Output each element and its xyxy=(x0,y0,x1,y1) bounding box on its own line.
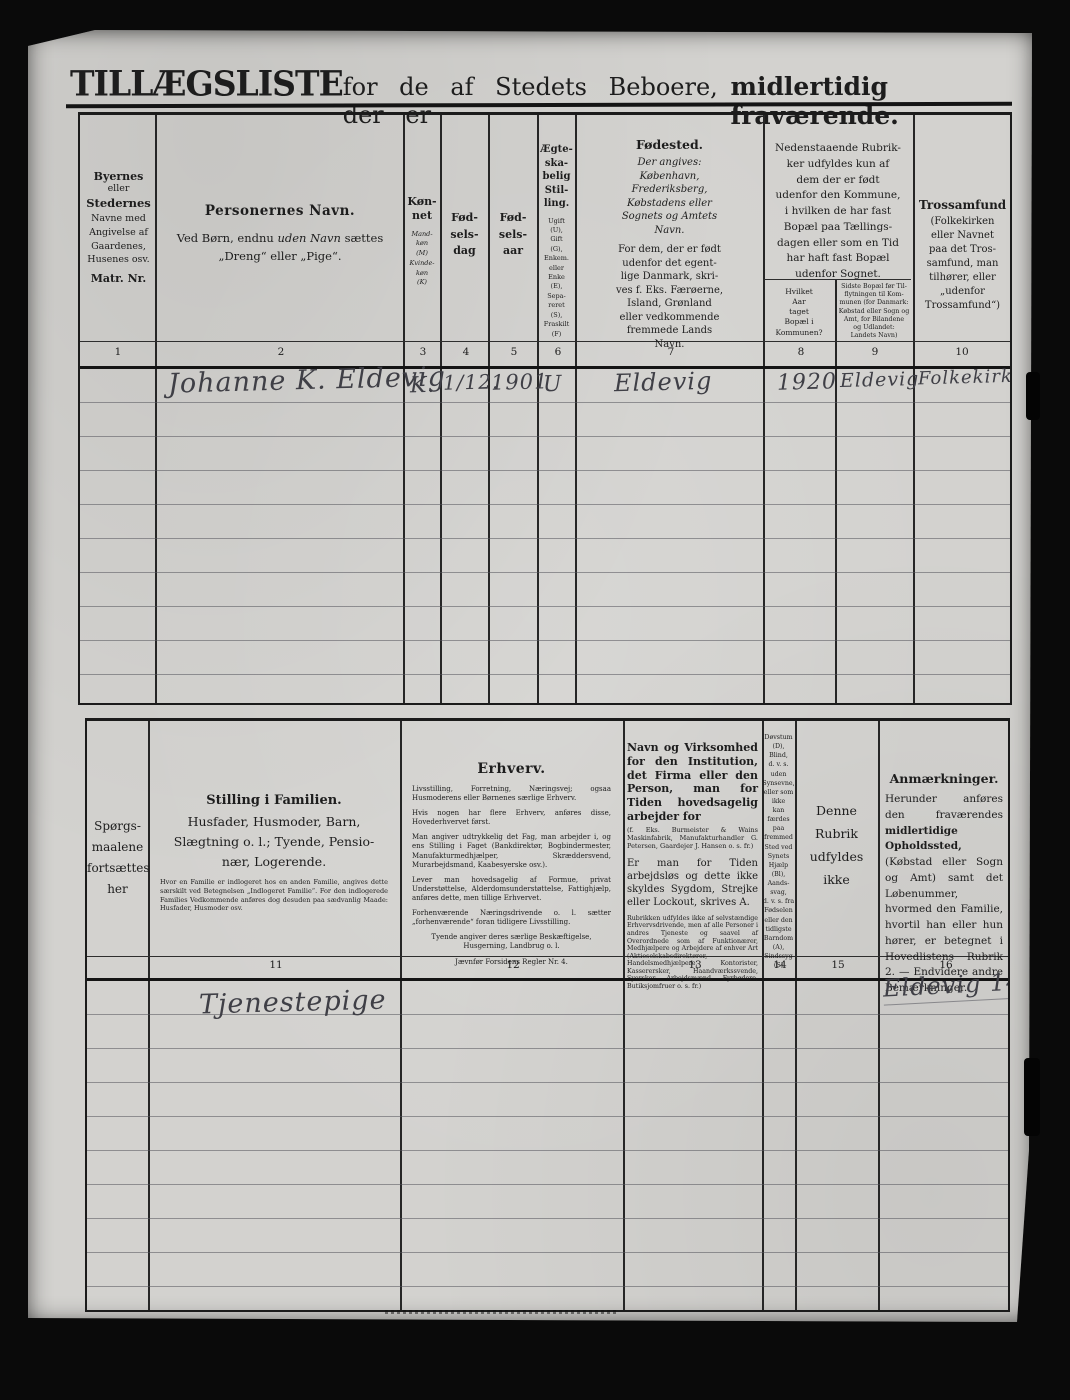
t1-col5-number: 5 xyxy=(497,346,531,358)
t2-col12-number: 12 xyxy=(496,959,530,971)
t2-col13-lead: Navn og Virksomhed for den Institution, … xyxy=(623,741,762,824)
table-absent-residents: Byernes eller Stedernes Navne med Angive… xyxy=(78,112,1012,705)
scan-artifact-top xyxy=(1026,372,1040,420)
t1-row-rules xyxy=(80,369,1010,705)
t1-col3-title: Køn- net xyxy=(405,195,439,224)
t2-col13-fine1: (f. Eks. Burmeister & Wains Maskinfabrik… xyxy=(623,826,762,850)
t2-col15-number: 15 xyxy=(821,959,855,971)
scanned-census-page: TILLÆGSLISTE for de af Stedets Beboere, … xyxy=(0,0,1070,1400)
t1-col1-plain2: Navne med Angivelse af Gaardenes, Husene… xyxy=(82,212,155,267)
t2-col16-sub-pre: Herunder anføres den fraværendes xyxy=(885,793,1003,821)
t2-col16-sub-bold: midlertidige Opholdssted, xyxy=(885,825,962,853)
entry-position: Tjenestepige xyxy=(199,985,387,1021)
t1-col7-header: Fødested. Der angives: København, Freder… xyxy=(577,137,762,351)
scan-artifact-bottom xyxy=(1024,1058,1040,1136)
t2-col14-header: Døvstum (D), Blind, d. v. s. uden Synsev… xyxy=(762,733,795,970)
t1-col7-sub2: For dem, der er født udenfor det egent- … xyxy=(577,243,762,351)
t1-col10-number: 10 xyxy=(945,346,979,358)
t2-col12-header: Erhverv. Livsstilling, Forretning, Nærin… xyxy=(400,761,623,968)
t1-col4-header: Fød- sels- dag xyxy=(442,210,487,260)
t2-col12-title: Erhverv. xyxy=(400,761,623,777)
t1-col8-subheader: Hvilket Aar taget Bopæl i Kommunen? xyxy=(763,287,835,338)
t1-col8-number: 8 xyxy=(784,346,818,358)
t2-col12-para5: Forhenværende Næringsdrivende o. l. sætt… xyxy=(400,909,623,927)
entry-last-residence: Eldevig xyxy=(840,368,920,392)
entry-remark: Eldevig 14 xyxy=(882,967,1010,1005)
t2-col11-sub: Husfader, Husmoder, Barn, Slægtning o. l… xyxy=(148,812,400,872)
t1-col4-title: Fød- sels- dag xyxy=(442,210,487,260)
printer-imprint xyxy=(385,1310,617,1314)
t2-col15-header: Denne Rubrik udfyldes ikke xyxy=(795,799,878,892)
t1-col3-sub: Mand- køn (M) Kvinde- køn (K) xyxy=(405,230,439,289)
t1-col5-title: Fød- sels- aar xyxy=(490,210,536,260)
entry-year-settled: 1920 xyxy=(777,369,838,396)
t1-col2-title: Personernes Navn. xyxy=(159,203,401,219)
t1-col3-number: 3 xyxy=(406,346,440,358)
table-continued-questions: Spørgs- maalene fortsættes her Stilling … xyxy=(85,718,1010,1312)
t1-col1-bold1: Byernes xyxy=(82,170,155,183)
t2-col11-fine: Hvor en Familie er indlogeret hos en and… xyxy=(148,878,400,913)
t1-col6-number: 6 xyxy=(541,346,575,358)
t1-col6-title: Ægte- ska- belig Stil- ling. xyxy=(539,143,574,211)
t2-col12-para3: Man angiver udtrykkelig det Fag, man arb… xyxy=(400,833,623,869)
t2-col11-header: Stilling i Familien. Husfader, Husmoder,… xyxy=(148,793,400,913)
t1-col3-header: Køn- net Mand- køn (M) Kvinde- køn (K) xyxy=(405,195,439,288)
t1-col6-sub: Ugift (U), Gift (G), Enkem. eller Enke (… xyxy=(539,217,574,339)
t2-col14-number: 14 xyxy=(763,959,797,971)
entry-sex: K. xyxy=(410,373,436,399)
t1-col7-sub1: Der angives: København, Frederiksberg, K… xyxy=(577,156,762,237)
t1-col5-header: Fød- sels- aar xyxy=(490,210,536,260)
t2-col16-title: Anmærkninger. xyxy=(878,771,1010,786)
t2-col13-header: Navn og Virksomhed for den Institution, … xyxy=(623,741,762,990)
entry-religion: Folkekirk. xyxy=(918,366,1012,390)
entry-birthplace: Eldevig xyxy=(614,367,713,398)
t1-col7-title: Fødested. xyxy=(577,137,762,152)
t1-col9-subheader: Sidste Bopæl før Til- flytningen til Kom… xyxy=(835,283,913,340)
paper-sheet: TILLÆGSLISTE for de af Stedets Beboere, … xyxy=(28,30,1032,1322)
t1-number-row-topline xyxy=(80,341,1010,342)
t2-col12-para6: Tyende angiver deres særlige Beskæftigel… xyxy=(400,933,623,951)
t2-col13-fine2: Rubrikken udfyldes ikke af selvstændige … xyxy=(623,915,762,990)
t2-col16-number: 16 xyxy=(929,959,963,971)
t1-col1-number: 1 xyxy=(101,346,135,358)
t1-col4-number: 4 xyxy=(449,346,483,358)
t1-col10-title: Trossamfund xyxy=(913,198,1012,212)
t1-col1-bold3: Matr. Nr. xyxy=(82,272,155,285)
t1-col10-header: Trossamfund (Folkekirken eller Navnet pa… xyxy=(913,198,1012,313)
t2-col12-para1: Livsstilling, Forretning, Næringsvej; og… xyxy=(400,785,623,803)
t1-col9-number: 9 xyxy=(858,346,892,358)
t1-col1-plain1: eller xyxy=(82,183,155,194)
t1-col6-header: Ægte- ska- belig Stil- ling. Ugift (U), … xyxy=(539,143,574,339)
t1-col7-number: 7 xyxy=(654,346,688,358)
t1-col1-bold2: Stedernes xyxy=(82,196,155,210)
entry-birth-year: 1901 xyxy=(491,369,549,394)
t2-col13-number: 13 xyxy=(678,959,712,971)
t1-col2-sub: Ved Børn, endnu uden Navn sættes „Dreng“… xyxy=(159,229,401,266)
title-main: TILLÆGSLISTE xyxy=(70,63,343,104)
t2-left-label: Spørgs- maalene fortsættes her xyxy=(87,816,148,900)
t2-row-rules xyxy=(87,981,1008,1311)
entry-marital-status: U xyxy=(543,372,563,398)
t2-col12-para2: Hvis nogen har flere Erhverv, anføres di… xyxy=(400,809,623,827)
t2-col11-title: Stilling i Familien. xyxy=(148,793,400,808)
t1-col2-sub-pre: Ved Børn, endnu xyxy=(177,231,278,245)
t1-col2-number: 2 xyxy=(264,346,298,358)
t2-col11-number: 11 xyxy=(259,959,293,971)
t2-col13-para2: Er man for Tiden arbejdsløs og dette ikk… xyxy=(623,857,762,909)
t2-col12-para4: Lever man hovedsagelig af Formue, privat… xyxy=(400,876,623,903)
t1-col10-sub: (Folkekirken eller Navnet paa det Tros- … xyxy=(913,215,1012,313)
t1-col89-shared-header: Nedenstaaende Rubrik- ker udfyldes kun a… xyxy=(763,141,913,283)
t1-col2-header: Personernes Navn. Ved Børn, endnu uden N… xyxy=(159,203,401,266)
t1-col1-header: Byernes eller Stedernes Navne med Angive… xyxy=(82,170,155,285)
t1-col2-sub-italic: uden Navn xyxy=(277,231,340,245)
